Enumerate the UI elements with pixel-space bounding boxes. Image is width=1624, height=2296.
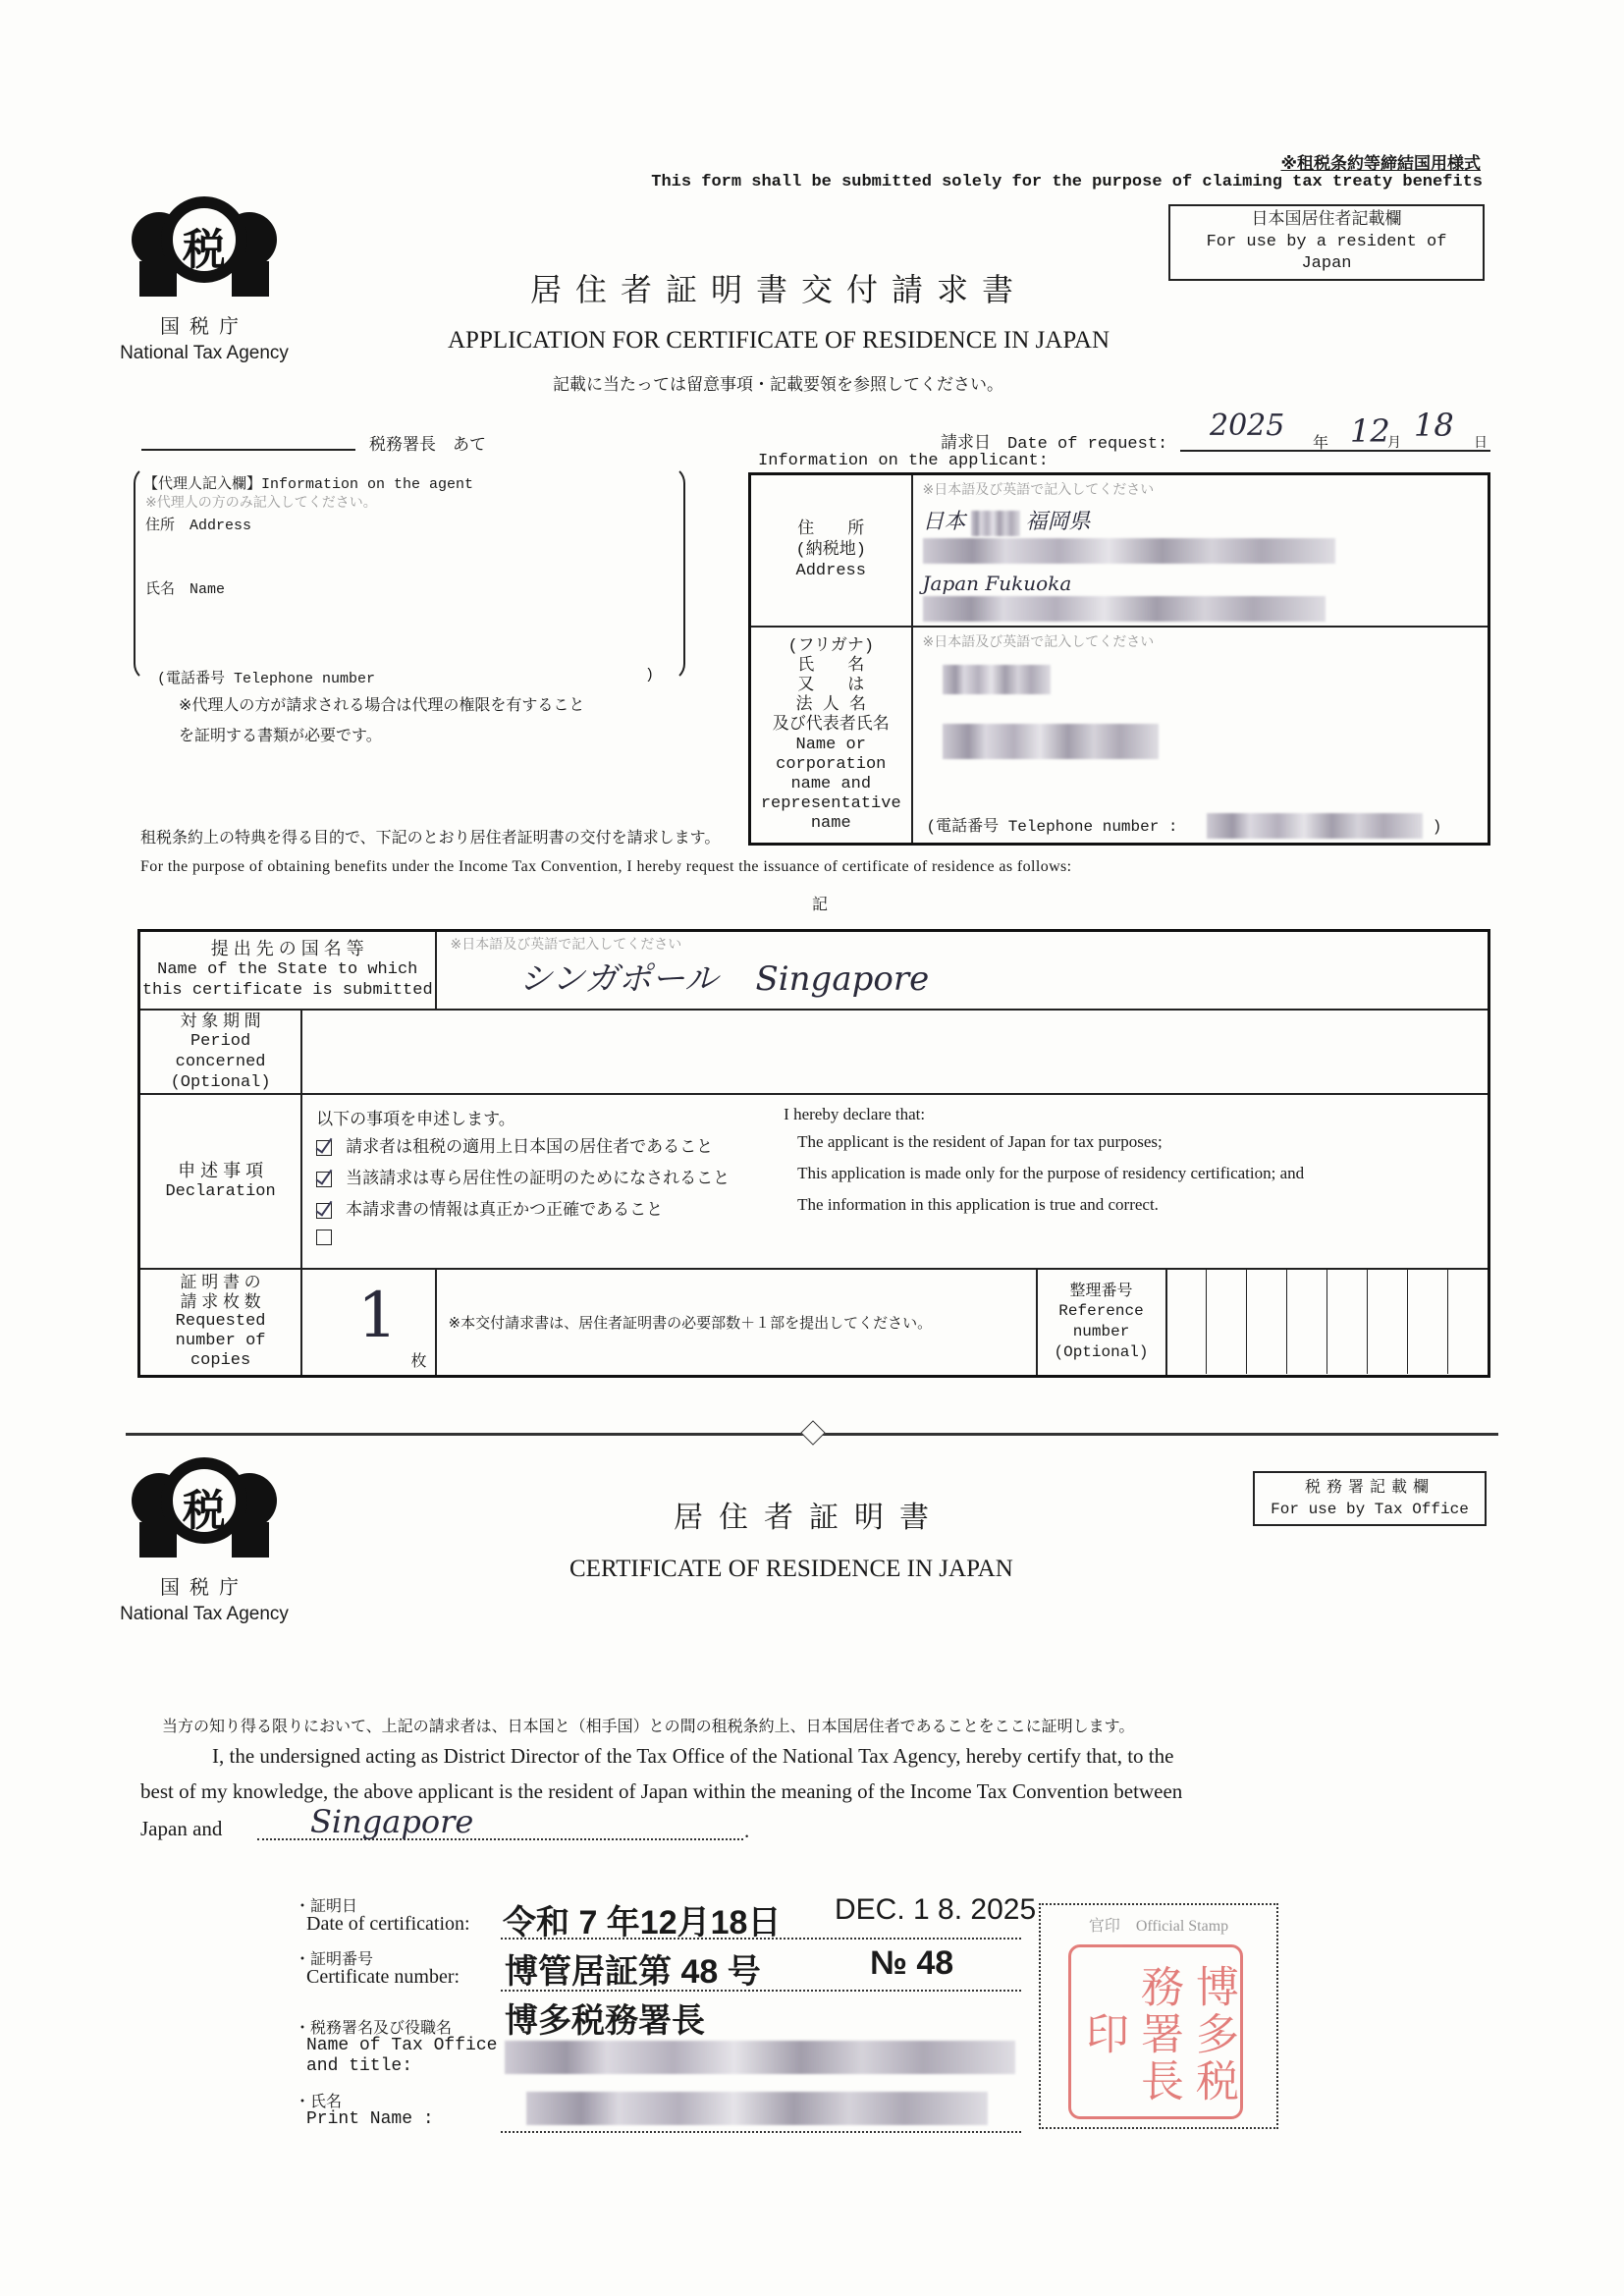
redacted-address [971,511,1020,536]
office-label-en-2: and title: [306,2056,412,2076]
redacted-address [923,538,1335,564]
request-table: 提 出 先 の 国 名 等 Name of the State to which… [137,929,1490,1378]
cert-number-label-en: Certificate number: [306,1966,460,1989]
state-label: 提 出 先 の 国 名 等 Name of the State to which… [139,931,436,1010]
agent-address-label: 住所 Address [145,514,251,534]
request-date-underline [1180,450,1490,452]
declaration-checkbox-4[interactable] [316,1230,332,1245]
certificate-statement-en-3: Japan and [140,1817,222,1841]
nta-logo-mark-icon: 税 [126,192,283,301]
cert-date-value-en: DEC. 1 8. 2025 [835,1893,1036,1927]
declaration-item: 本請求書の情報は真正かつ正確であること The information in t… [316,1195,1474,1227]
declaration-checkbox-2[interactable] [316,1172,332,1187]
declaration-checkbox-1[interactable] [316,1140,332,1156]
request-date-day[interactable]: 18 [1414,407,1454,444]
nta-logo-jp: 国税庁 [116,310,293,339]
copies-unit: 枚 [410,1348,426,1371]
reference-cell[interactable] [1448,1270,1488,1374]
cert-date-underline [501,1938,1021,1940]
redacted-print-name [526,2092,988,2125]
nta-logo-mark-icon: 税 [126,1453,283,1561]
reference-cell[interactable] [1287,1270,1327,1374]
certificate-title-en: CERTIFICATE OF RESIDENCE IN JAPAN [569,1556,1013,1583]
applicant-address-field[interactable]: ※日本語及び英語で記入してください 日本 福岡県 Japan Fukuoka [912,474,1489,627]
reference-label: 整理番号 Reference number (Optional) [1037,1269,1166,1377]
reference-cell[interactable] [1408,1270,1448,1374]
tax-office-use-jp: 税務署記載欄 [1265,1477,1475,1499]
agent-footnote-2: を証明する書類が必要です。 [179,723,382,745]
office-value-jp: 博多税務署長 [505,1994,705,2042]
addressee-label: 税務署長 あて [369,430,486,455]
declaration-field: 以下の事項を申述します。 I hereby declare that: 請求者は… [301,1094,1489,1269]
print-name-label-jp: ・氏名 [295,2089,342,2111]
office-label-en-1: Name of Tax Office [306,2036,497,2055]
application-instruction: 記載に当たっては留意事項・記載要領を参照してください。 [553,370,1003,395]
state-field[interactable]: ※日本語及び英語で記入してください シンガポール Singapore [436,931,1489,1010]
official-seal-icon: 博多税務署長印 [1068,1944,1243,2119]
resident-use-en: For use by a resident of Japan [1180,232,1473,275]
copies-label: 証 明 書 の 請 求 枚 数 Requested number of copi… [139,1269,302,1377]
tax-office-use-box: 税務署記載欄 For use by Tax Office [1253,1471,1487,1526]
request-date-year-unit: 年 [1313,430,1328,453]
country-period: . [744,1819,749,1843]
office-label-jp: ・税務署名及び役職名 [295,2015,452,2038]
tax-office-use-en: For use by Tax Office [1265,1499,1475,1520]
nta-logo: 税 国税庁 National Tax Agency [116,192,293,364]
declaration-item: 請求者は租税の適用上日本国の居住者であること The applicant is … [316,1132,1474,1164]
applicant-address-label: 住 所 (納税地) Address [750,474,912,627]
reference-cell[interactable] [1368,1270,1408,1374]
nta-logo-en: National Tax Agency [116,1604,293,1625]
copies-field[interactable]: 1 枚 [301,1269,435,1377]
resident-use-box: 日本国居住者記載欄 For use by a resident of Japan [1168,204,1485,281]
nta-logo-jp: 国税庁 [116,1571,293,1600]
redacted-phone [1207,813,1423,839]
form-note-en: This form shall be submitted solely for … [651,173,1483,191]
reference-cell[interactable] [1167,1270,1208,1374]
print-name-label-en: Print Name : [306,2109,434,2129]
reference-cell[interactable] [1207,1270,1247,1374]
applicant-phone-label: (電話番号 Telephone number : [927,818,1178,836]
agent-phone-close: ) [645,667,654,683]
certificate-statement-en-2: best of my knowledge, the above applican… [140,1779,1182,1804]
declaration-item: 当該請求は専ら居住性の証明のためになされること This application… [316,1164,1474,1195]
period-label: 対 象 期 間 Period concerned (Optional) [139,1010,302,1094]
nta-logo-certificate: 税 国税庁 National Tax Agency [116,1453,293,1625]
request-statement-jp: 租税条約上の特典を得る目的で、下記のとおり居住者証明書の交付を請求します。 [140,825,720,847]
agent-address-field[interactable] [295,511,668,570]
declaration-checkbox-3[interactable] [316,1203,332,1219]
application-title-en: APPLICATION FOR CERTIFICATE OF RESIDENCE… [448,327,1110,355]
agent-footnote-1: ※代理人の方が請求される場合は代理の権限を有すること [179,692,584,715]
redacted-office-title [505,2041,1015,2074]
request-date-month-unit: 月 [1387,432,1401,452]
request-date-year[interactable]: 2025 [1210,409,1284,443]
official-stamp-label: 官印 Official Stamp [1041,1913,1276,1936]
period-field[interactable] [301,1010,1489,1094]
resident-use-jp: 日本国居住者記載欄 [1180,210,1473,232]
agent-note: ※代理人の方のみ記入してください。 [145,492,377,512]
agent-name-label: 氏名 Name [145,577,225,598]
reference-cell[interactable] [1327,1270,1368,1374]
certificate-title-jp: 居住者証明書 [674,1493,945,1536]
declaration-label: 申 述 事 項 Declaration [139,1094,302,1269]
certificate-statement-jp: 当方の知り得る限りにおいて、上記の請求者は、日本国と（相手国）との間の租税条約上… [162,1714,1134,1736]
redacted-name [943,724,1159,759]
divider-diamond-icon [800,1420,825,1445]
state-value-en: Singapore [755,959,929,999]
cert-number-value-en: № 48 [870,1944,953,1983]
cert-number-value-jp: 博管居証第 48 号 [505,1944,761,1993]
request-date-label: 請求日 Date of request: [941,428,1167,454]
applicant-phone-close: ) [1433,818,1442,836]
cert-date-label-en: Date of certification: [306,1913,470,1936]
state-value-jp: シンガポール [519,959,718,999]
ki-mark: 記 [812,892,828,914]
redacted-address [923,596,1326,622]
addressee-line [141,449,355,451]
reference-cells[interactable] [1166,1269,1489,1377]
applicant-table: 住 所 (納税地) Address ※日本語及び英語で記入してください 日本 福… [748,472,1490,846]
applicant-name-label: (フリガナ) 氏 名 又 は 法 人 名 及び代表者氏名 Name or cor… [750,627,912,845]
reference-cell[interactable] [1247,1270,1287,1374]
applicant-heading: Information on the applicant: [758,452,1049,470]
country-value[interactable]: Singapore [310,1803,473,1840]
declaration-item [316,1227,1474,1258]
cert-date-value-jp: 令和 7 年12月18日 [503,1895,781,1943]
agent-header: 【代理人記入欄】Information on the agent [143,472,473,493]
agent-name-field[interactable] [295,574,668,652]
print-name-underline [501,2131,1021,2133]
application-title-jp: 居住者証明書交付請求書 [530,265,1027,310]
request-statement-en: For the purpose of obtaining benefits un… [140,858,1072,876]
agent-phone-label: (電話番号 Telephone number [157,667,375,687]
request-date-day-unit: 日 [1474,432,1488,452]
copies-value: 1 [357,1280,398,1352]
declaration-intro-en: I hereby declare that: [784,1105,925,1124]
official-stamp-box: 官印 Official Stamp 博多税務署長印 [1039,1903,1278,2129]
redacted-name-kana [943,665,1051,694]
applicant-name-field[interactable]: ※日本語及び英語で記入してください (電話番号 Telephone number… [912,627,1489,845]
nta-logo-en: National Tax Agency [116,343,293,364]
certificate-statement-en-1: I, the undersigned acting as District Di… [212,1744,1173,1769]
request-date-month[interactable]: 12 [1350,412,1390,450]
copies-note: ※本交付請求書は、居住者証明書の必要部数＋１部を提出してください。 [436,1269,1037,1377]
form-note-jp: ※租税条約等締結国用様式 [1280,149,1481,174]
cert-number-underline [501,1990,1021,1992]
